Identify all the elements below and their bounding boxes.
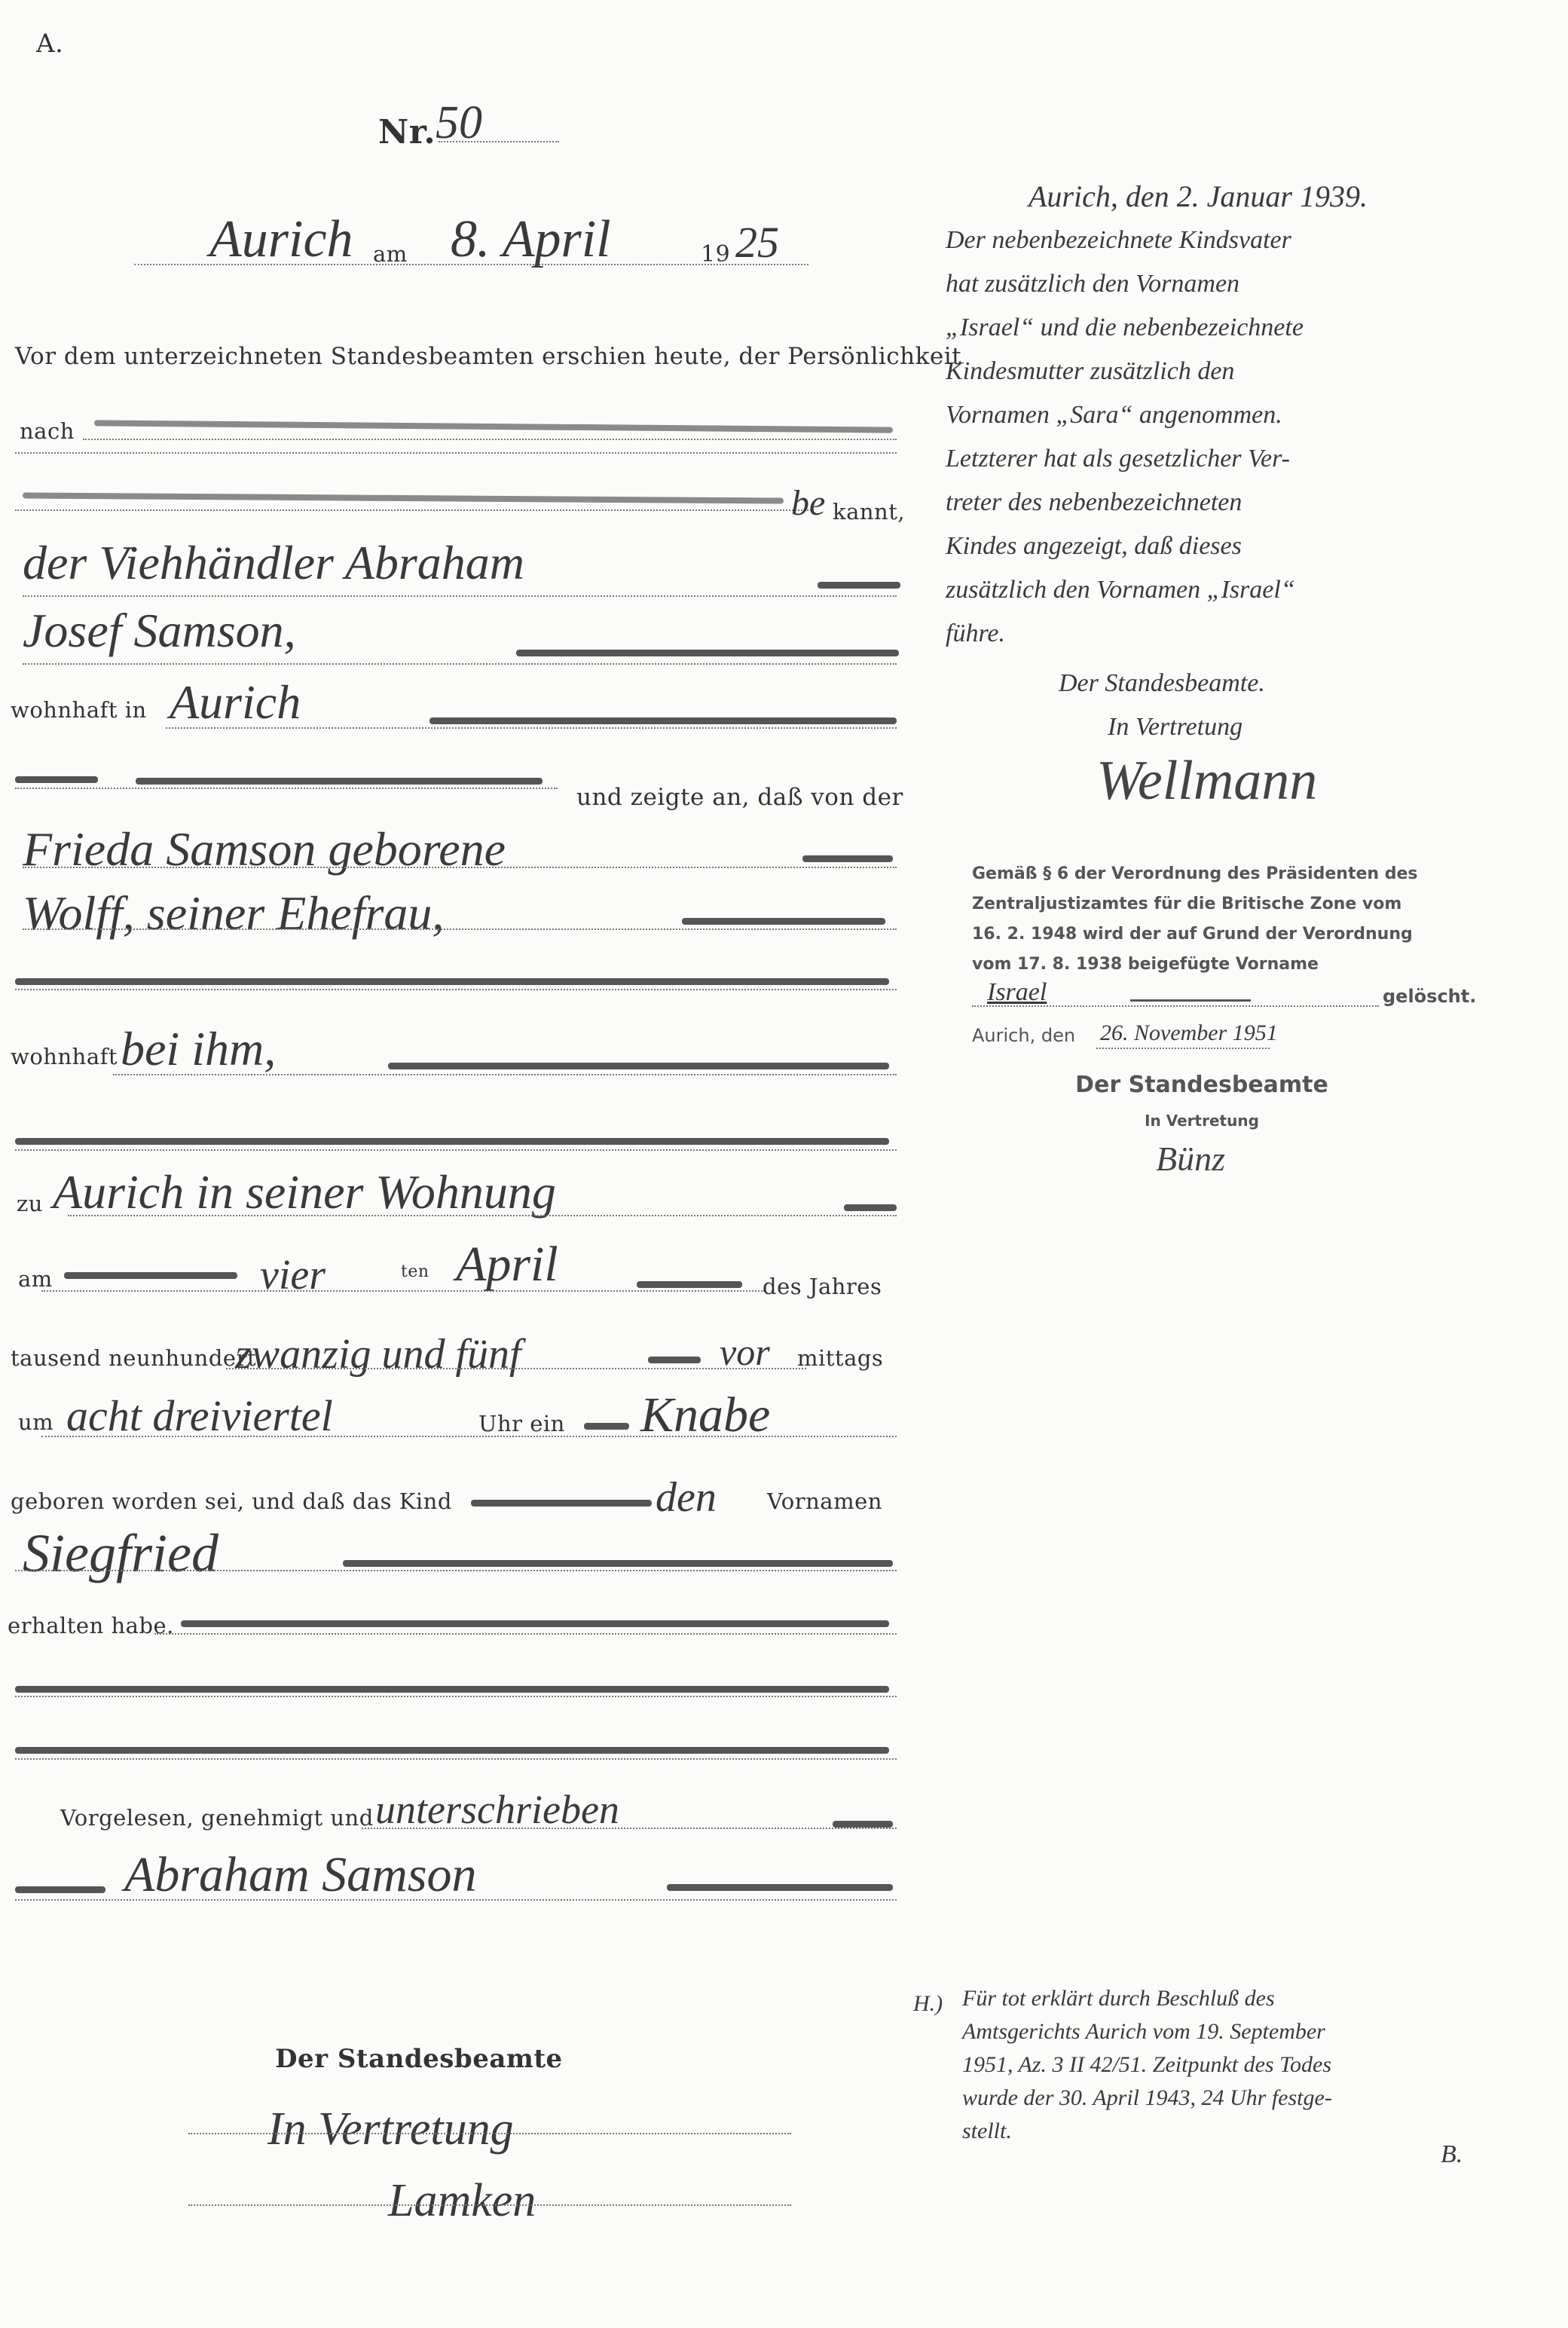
birth-month: April	[456, 1236, 558, 1293]
birth-year-words: zwanzig und fünf	[235, 1330, 521, 1378]
stamp-line: vom 17. 8. 1938 beigefügte Vorname	[972, 950, 1454, 980]
stamp-deputy: In Vertretung	[972, 1112, 1454, 1130]
registration-place: Aurich	[209, 210, 353, 270]
note-1939-line: Kindes angezeigt, daß dieses	[946, 525, 1368, 568]
zu-label: zu	[17, 1191, 43, 1216]
death-declaration-note: H.) Für tot erklärt durch Beschluß des A…	[913, 1982, 1332, 2148]
deletion-stamp-1951: Gemäß § 6 der Verordnung des Präsidenten…	[972, 859, 1454, 1179]
geloescht-label: gelöscht.	[1383, 986, 1476, 1007]
stamp-place-date-label: Aurich, den	[972, 1025, 1075, 1046]
informant-line-2: Josef Samson,	[23, 603, 296, 659]
note-1939-deputy: In Vertretung	[946, 705, 1368, 749]
nr-label: Nr.	[378, 113, 436, 151]
mother-line-2: Wolff, seiner Ehefrau,	[23, 886, 444, 941]
stamp-signature: Bünz	[972, 1139, 1454, 1179]
bekannt-label: kannt,	[833, 499, 905, 525]
mother-residence: bei ihm,	[121, 1021, 276, 1077]
stamp-date: 26. November 1951	[1100, 1020, 1278, 1046]
death-note-line: Für tot erklärt durch Beschluß des	[962, 1982, 1332, 2015]
vornamen-label: Vornamen	[767, 1488, 882, 1514]
unterschrieben-hand: unterschrieben	[375, 1786, 619, 1833]
den-hand: den	[656, 1473, 717, 1522]
stamp-title: Der Standesbeamte	[972, 1072, 1454, 1098]
zeigte-an-label: und zeigte an, daß von der	[576, 784, 903, 811]
registrar-deputy: In Vertretung	[267, 2103, 514, 2156]
note-1939-line: Kindesmutter zusätzlich den	[946, 350, 1368, 393]
note-marker: H.)	[913, 1982, 943, 2026]
informant-residence: Aurich	[170, 675, 301, 730]
deleted-name: Israel	[987, 978, 1047, 1007]
stamp-line: Zentraljustizamtes für die Britische Zon…	[972, 889, 1454, 919]
death-note-line: wurde der 30. April 1943, 24 Uhr festge-	[962, 2082, 1332, 2115]
death-note-line: stellt.	[962, 2115, 1332, 2148]
death-note-line: Amtsgerichts Aurich vom 19. September	[962, 2015, 1332, 2048]
note-1939-line: hat zusätzlich den Vornamen	[946, 262, 1368, 306]
am-label-birth: am	[18, 1266, 53, 1292]
wohnhaft-in-label: wohnhaft in	[11, 697, 147, 723]
note-1939-line: Vornamen „Sara“ angenommen.	[946, 393, 1368, 437]
birth-day: vier	[260, 1251, 326, 1299]
year-suffix: 25	[735, 217, 779, 268]
informant-signature: Abraham Samson	[124, 1846, 477, 1904]
registrar-signature: Lamken	[388, 2174, 536, 2228]
erhalten-label: erhalten habe.	[8, 1613, 174, 1638]
note-1939-line: Letzterer hat als gesetzlicher Ver-	[946, 437, 1368, 481]
note-1939-line: treter des nebenbezeichneten	[946, 481, 1368, 525]
form-letter: A.	[36, 29, 63, 59]
death-note-initials: B.	[1441, 2133, 1463, 2177]
note-1939-signature: Wellmann	[946, 749, 1368, 813]
bekannt-hand: be	[791, 482, 825, 524]
des-jahres-label: des Jahres	[763, 1274, 882, 1299]
vorgelesen-label: Vorgelesen, genehmigt und	[60, 1805, 374, 1831]
mother-line-1: Frieda Samson geborene	[23, 821, 506, 877]
death-note-line: 1951, Az. 3 II 42/51. Zeitpunkt des Tode…	[962, 2048, 1332, 2082]
margin-note-1939: Aurich, den 2. Januar 1939. Der nebenbez…	[946, 175, 1368, 813]
stamp-line: Gemäß § 6 der Verordnung des Präsidenten…	[972, 859, 1454, 889]
am-label: am	[373, 241, 408, 267]
note-1939-line: Der nebenbezeichnete Kindsvater	[946, 219, 1368, 262]
note-1939-line: Aurich, den 2. Januar 1939.	[946, 175, 1368, 219]
note-1939-line: „Israel“ und die nebenbezeichnete	[946, 306, 1368, 350]
child-name: Siegfried	[23, 1522, 219, 1585]
um-label: um	[18, 1409, 53, 1435]
mittags-label: mittags	[797, 1345, 883, 1371]
nach-label: nach	[20, 418, 75, 444]
note-1939-line: führe.	[946, 612, 1368, 656]
intro-text: Vor dem unterzeichneten Standesbeamten e…	[15, 343, 961, 370]
note-1939-line: zusätzlich den Vornamen „Israel“	[946, 568, 1368, 612]
informant-line-1: der Viehhändler Abraham	[23, 535, 524, 591]
wohnhaft-label: wohnhaft	[11, 1044, 118, 1069]
geboren-label: geboren worden sei, und daß das Kind	[11, 1488, 452, 1514]
ten-label: ten	[401, 1262, 429, 1281]
year-prefix: 19	[701, 241, 730, 268]
note-1939-signoff: Der Standesbeamte.	[946, 662, 1368, 705]
tausend-label: tausend neunhundert	[11, 1345, 256, 1371]
uhr-ein-label: Uhr ein	[478, 1411, 565, 1436]
registrar-title: Der Standesbeamte	[275, 2044, 563, 2074]
birth-place: Aurich in seiner Wohnung	[53, 1164, 556, 1220]
birth-time: acht dreiviertel	[66, 1390, 333, 1441]
registration-date: 8. April	[451, 210, 611, 270]
stamp-line: 16. 2. 1948 wird der auf Grund der Veror…	[972, 919, 1454, 950]
